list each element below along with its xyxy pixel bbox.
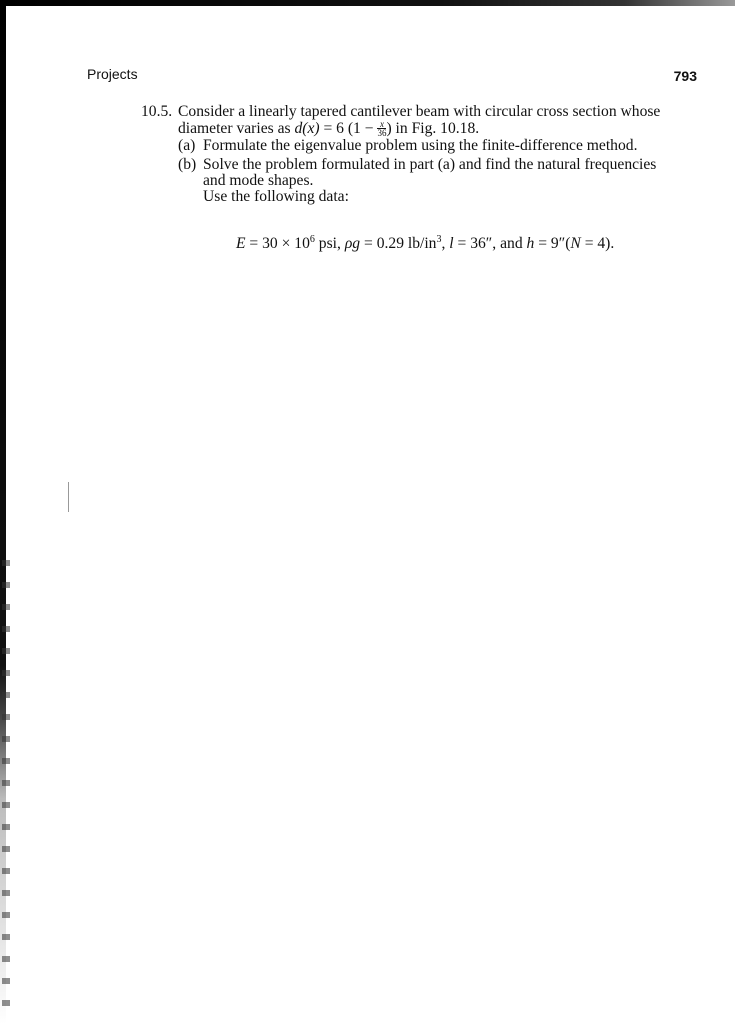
part-b-text-2: and mode shapes. <box>203 173 697 189</box>
part-b: (b) Solve the problem formulated in part… <box>178 157 697 205</box>
part-a: (a) Formulate the eigenvalue problem usi… <box>178 138 697 154</box>
running-title: Projects <box>87 66 138 82</box>
scan-stray-mark <box>68 482 69 512</box>
part-b-text-1: Solve the problem formulated in part (a)… <box>203 157 697 173</box>
scan-top-edge <box>0 0 735 6</box>
problem-number: 10.5. <box>141 104 172 120</box>
problem-body: Consider a linearly tapered cantilever b… <box>178 104 697 205</box>
formula-lhs: d(x) <box>294 120 319 137</box>
statement-line-1: Consider a linearly tapered cantilever b… <box>178 104 697 120</box>
statement-line-2: diameter varies as d(x) = 6 (1 − x36) in… <box>178 120 697 137</box>
scan-binding-marks <box>2 560 10 1020</box>
part-b-tag: (b) <box>178 157 196 173</box>
part-a-tag: (a) <box>178 138 195 154</box>
data-intro: Use the following data: <box>203 189 697 205</box>
given-data-equation: E = 30 × 106 psi, ρg = 0.29 lb/in3, l = … <box>236 235 614 253</box>
part-a-text: Formulate the eigenvalue problem using t… <box>203 138 697 154</box>
problem-10-5: 10.5. Consider a linearly tapered cantil… <box>141 104 697 205</box>
page-number: 793 <box>674 68 697 84</box>
